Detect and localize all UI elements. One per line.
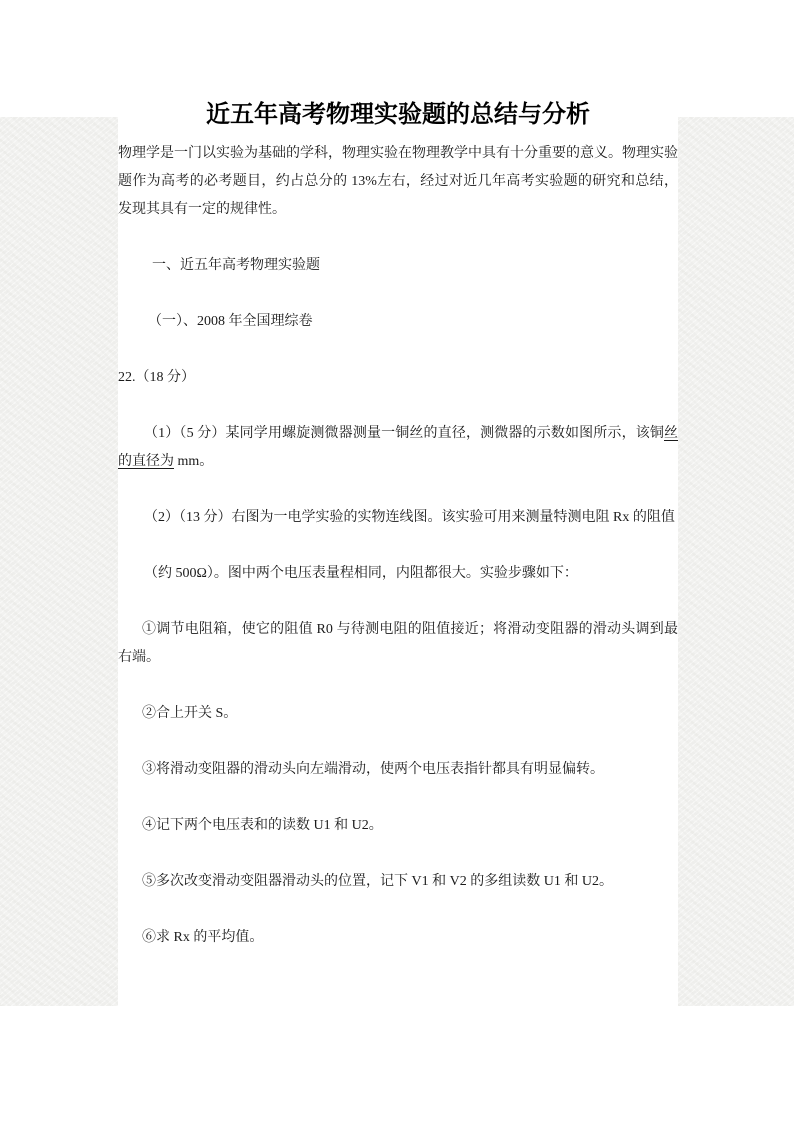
- question-number: 22.（18 分）: [118, 364, 678, 392]
- experiment-step-1: ①调节电阻箱，使它的阻值 R0 与待测电阻的阻值接近；将滑动变阻器的滑动头调到最…: [118, 616, 678, 672]
- paper-texture-right: [678, 117, 794, 1006]
- subsection-heading: （一）、2008 年全国理综卷: [118, 308, 678, 336]
- section-heading: 一、近五年高考物理实验题: [118, 252, 678, 280]
- experiment-step-4: ④记下两个电压表和的读数 U1 和 U2。: [118, 812, 678, 840]
- experiment-step-5: ⑤多次改变滑动变阻器滑动头的位置，记下 V1 和 V2 的多组读数 U1 和 U…: [118, 868, 678, 896]
- question-part-2: （2）（13 分）右图为一电学实验的实物连线图。该实验可用来测量特测电阻 Rx …: [118, 504, 678, 532]
- question-part-1: （1）（5 分）某同学用螺旋测微器测量一铜丝的直径，测微器的示数如图所示，该铜丝…: [118, 420, 678, 476]
- question-part-2-continued: （约 500Ω）。图中两个电压表量程相同，内阻都很大。实验步骤如下：: [118, 560, 678, 588]
- experiment-step-2: ②合上开关 S。: [118, 700, 678, 728]
- document-viewport: { "colors": { "page_background": "#fffff…: [0, 0, 794, 1123]
- document-content: 近五年高考物理实验题的总结与分析 物理学是一门以实验为基础的学科，物理实验在物理…: [118, 0, 678, 980]
- question-part-1-text: （1）（5 分）某同学用螺旋测微器测量一铜丝的直径，测微器的示数如图所示，该铜: [144, 426, 664, 441]
- paper-texture-left: [0, 117, 118, 1006]
- experiment-step-6: ⑥求 Rx 的平均值。: [118, 924, 678, 952]
- page-title: 近五年高考物理实验题的总结与分析: [118, 100, 678, 130]
- experiment-step-3: ③将滑动变阻器的滑动头向左端滑动，使两个电压表指针都具有明显偏转。: [118, 756, 678, 784]
- paragraph-intro: 物理学是一门以实验为基础的学科，物理实验在物理教学中具有十分重要的意义。物理实验…: [118, 140, 678, 224]
- question-part-1-unit: mm。: [174, 454, 213, 469]
